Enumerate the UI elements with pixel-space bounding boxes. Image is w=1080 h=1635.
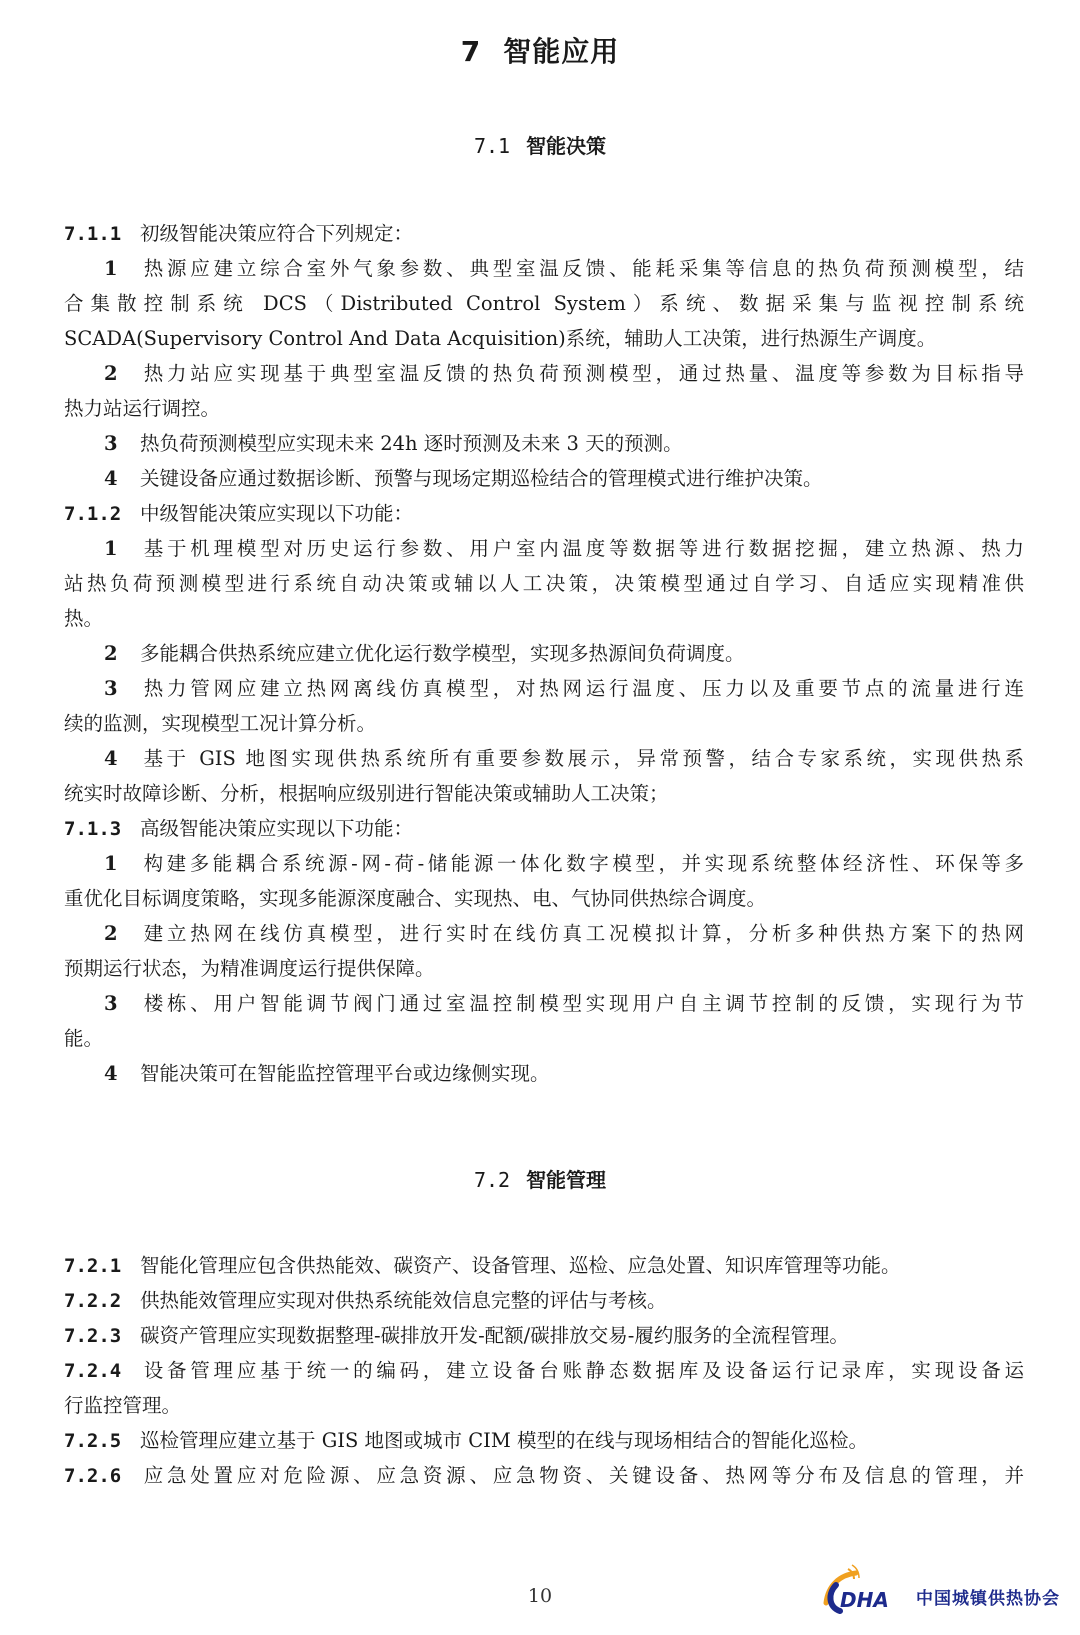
clause-text: 中级智能决策应实现以下功能： — [140, 502, 413, 525]
clause-text: 初级智能决策应符合下列规定： — [140, 222, 413, 245]
item-number: 1 — [104, 846, 140, 881]
clause-7-2-1: 7.2.1智能化管理应包含供热能效、碳资产、设备管理、巡检、应急处置、知识库管理… — [64, 1248, 1024, 1283]
clause-number: 7.2.6 — [64, 1459, 140, 1493]
item-line: 1构建多能耦合系统源-网-荷-储能源一体化数字模型，并实现系统整体经济性、环保等… — [64, 846, 1024, 881]
item-text: 热力管网应建立热网离线仿真模型，对热网运行温度、压力以及重要节点的流量进行连 — [140, 677, 1024, 700]
item-text: 站热负荷预测模型进行系统自动决策或辅以人工决策，决策模型通过自学习、自适应实现精… — [64, 572, 1024, 595]
item-number: 3 — [104, 426, 140, 461]
section-number: 7.2 — [474, 1168, 510, 1192]
section-7-1-body: 7.1.1初级智能决策应符合下列规定： 1热源应建立综合室外气象参数、典型室温反… — [64, 216, 1024, 1091]
item-text: 楼栋、用户智能调节阀门通过室温控制模型实现用户自主调节控制的反馈，实现行为节 — [140, 992, 1024, 1015]
clause-number: 7.2.5 — [64, 1424, 140, 1458]
item-line: 1热源应建立综合室外气象参数、典型室温反馈、能耗采集等信息的热负荷预测模型，结 — [64, 251, 1024, 286]
item-text: 热负荷预测模型应实现未来 24h 逐时预测及未来 3 天的预测。 — [140, 432, 683, 455]
clause-7-1-3: 7.1.3高级智能决策应实现以下功能： — [64, 811, 1024, 846]
item-line: 1基于机理模型对历史运行参数、用户室内温度等数据等进行数据挖掘，建立热源、热力 — [64, 531, 1024, 566]
item-number: 3 — [104, 986, 140, 1021]
chapter-number: 7 — [461, 35, 481, 68]
clause-7-2-3: 7.2.3碳资产管理应实现数据整理-碳排放开发-配额/碳排放交易-履约服务的全流… — [64, 1318, 1024, 1353]
org-name: 中国城镇供热协会 — [916, 1584, 1060, 1609]
chapter-title: 7智能应用 — [0, 30, 1080, 70]
item-line: 4智能决策可在智能监控管理平台或边缘侧实现。 — [64, 1056, 1024, 1091]
item-text: 构建多能耦合系统源-网-荷-储能源一体化数字模型，并实现系统整体经济性、环保等多 — [140, 852, 1024, 875]
item-number: 1 — [104, 251, 140, 286]
item-number: 3 — [104, 671, 140, 706]
clause-number: 7.1.1 — [64, 217, 140, 251]
item-number: 4 — [104, 1056, 140, 1091]
item-line: 统实时故障诊断、分析，根据响应级别进行智能决策或辅助人工决策； — [64, 776, 1024, 811]
clause-text: 设备管理应基于统一的编码，建立设备台账静态数据库及设备运行记录库，实现设备运 — [140, 1359, 1024, 1382]
item-number: 2 — [104, 636, 140, 671]
clause-7-2-2: 7.2.2供热能效管理应实现对供热系统能效信息完整的评估与考核。 — [64, 1283, 1024, 1318]
item-text: 建立热网在线仿真模型，进行实时在线仿真工况模拟计算，分析多种供热方案下的热网 — [140, 922, 1024, 945]
clause-text: 行监控管理。 — [64, 1394, 181, 1417]
item-line: 2热力站应实现基于典型室温反馈的热负荷预测模型，通过热量、温度等参数为目标指导 — [64, 356, 1024, 391]
item-text: 智能决策可在智能监控管理平台或边缘侧实现。 — [140, 1062, 550, 1085]
section-title-text: 智能决策 — [526, 134, 606, 158]
item-line: 4关键设备应通过数据诊断、预警与现场定期巡检结合的管理模式进行维护决策。 — [64, 461, 1024, 496]
section-title-text: 智能管理 — [526, 1168, 606, 1192]
item-line: SCADA(Supervisory Control And Data Acqui… — [64, 321, 1024, 356]
item-text: 合集散控制系统 DCS（Distributed Control System）系… — [64, 292, 1024, 315]
item-text: 关键设备应通过数据诊断、预警与现场定期巡检结合的管理模式进行维护决策。 — [140, 467, 823, 490]
clause-text: 供热能效管理应实现对供热系统能效信息完整的评估与考核。 — [140, 1289, 667, 1312]
clause-number: 7.2.1 — [64, 1249, 140, 1283]
item-text: 热。 — [64, 607, 103, 630]
clause-number: 7.1.3 — [64, 812, 140, 846]
item-text: 统实时故障诊断、分析，根据响应级别进行智能决策或辅助人工决策； — [64, 782, 669, 805]
clause-7-2-4: 7.2.4设备管理应基于统一的编码，建立设备台账静态数据库及设备运行记录库，实现… — [64, 1353, 1024, 1388]
clause-text: 应急处置应对危险源、应急资源、应急物资、关键设备、热网等分布及信息的管理，并 — [140, 1464, 1024, 1487]
item-line: 3热负荷预测模型应实现未来 24h 逐时预测及未来 3 天的预测。 — [64, 426, 1024, 461]
item-text: 多能耦合供热系统应建立优化运行数学模型，实现多热源间负荷调度。 — [140, 642, 745, 665]
item-line: 续的监测，实现模型工况计算分析。 — [64, 706, 1024, 741]
clause-line: 行监控管理。 — [64, 1388, 1024, 1423]
item-number: 2 — [104, 916, 140, 951]
clause-number: 7.2.4 — [64, 1354, 140, 1388]
section-title-7-1: 7.1智能决策 — [0, 130, 1080, 159]
clause-text: 高级智能决策应实现以下功能： — [140, 817, 413, 840]
section-number: 7.1 — [474, 134, 510, 158]
clause-7-1-2: 7.1.2中级智能决策应实现以下功能： — [64, 496, 1024, 531]
item-text: 预期运行状态，为精准调度运行提供保障。 — [64, 957, 435, 980]
clause-number: 7.1.2 — [64, 497, 140, 531]
item-text: 重优化目标调度策略，实现多能源深度融合、实现热、电、气协同供热综合调度。 — [64, 887, 766, 910]
item-number: 4 — [104, 461, 140, 496]
dha-logo-icon: DHA — [822, 1563, 910, 1615]
clause-7-2-6: 7.2.6应急处置应对危险源、应急资源、应急物资、关键设备、热网等分布及信息的管… — [64, 1458, 1024, 1493]
clause-number: 7.2.2 — [64, 1284, 140, 1318]
item-text: SCADA(Supervisory Control And Data Acqui… — [64, 327, 936, 350]
item-line: 合集散控制系统 DCS（Distributed Control System）系… — [64, 286, 1024, 321]
item-line: 4基于 GIS 地图实现供热系统所有重要参数展示，异常预警，结合专家系统，实现供… — [64, 741, 1024, 776]
item-text: 热力站应实现基于典型室温反馈的热负荷预测模型，通过热量、温度等参数为目标指导 — [140, 362, 1024, 385]
item-number: 4 — [104, 741, 140, 776]
item-text: 能。 — [64, 1027, 103, 1050]
item-text: 基于 GIS 地图实现供热系统所有重要参数展示，异常预警，结合专家系统，实现供热… — [140, 747, 1024, 770]
item-line: 3热力管网应建立热网离线仿真模型，对热网运行温度、压力以及重要节点的流量进行连 — [64, 671, 1024, 706]
item-text: 续的监测，实现模型工况计算分析。 — [64, 712, 376, 735]
clause-number: 7.2.3 — [64, 1319, 140, 1353]
item-text: 热源应建立综合室外气象参数、典型室温反馈、能耗采集等信息的热负荷预测模型，结 — [140, 257, 1024, 280]
item-number: 1 — [104, 531, 140, 566]
item-line: 能。 — [64, 1021, 1024, 1056]
item-line: 3楼栋、用户智能调节阀门通过室温控制模型实现用户自主调节控制的反馈，实现行为节 — [64, 986, 1024, 1021]
org-logo: DHA 中国城镇供热协会 — [822, 1563, 1072, 1615]
clause-7-2-5: 7.2.5巡检管理应建立基于 GIS 地图或城市 CIM 模型的在线与现场相结合… — [64, 1423, 1024, 1458]
item-line: 热。 — [64, 601, 1024, 636]
svg-text:DHA: DHA — [840, 1588, 889, 1612]
clause-text: 智能化管理应包含供热能效、碳资产、设备管理、巡检、应急处置、知识库管理等功能。 — [140, 1254, 901, 1277]
item-line: 站热负荷预测模型进行系统自动决策或辅以人工决策，决策模型通过自学习、自适应实现精… — [64, 566, 1024, 601]
section-title-7-2: 7.2智能管理 — [0, 1164, 1080, 1193]
item-line: 预期运行状态，为精准调度运行提供保障。 — [64, 951, 1024, 986]
item-line: 重优化目标调度策略，实现多能源深度融合、实现热、电、气协同供热综合调度。 — [64, 881, 1024, 916]
clause-text: 碳资产管理应实现数据整理-碳排放开发-配额/碳排放交易-履约服务的全流程管理。 — [140, 1324, 849, 1347]
item-text: 基于机理模型对历史运行参数、用户室内温度等数据等进行数据挖掘，建立热源、热力 — [140, 537, 1024, 560]
item-line: 2多能耦合供热系统应建立优化运行数学模型，实现多热源间负荷调度。 — [64, 636, 1024, 671]
clause-text: 巡检管理应建立基于 GIS 地图或城市 CIM 模型的在线与现场相结合的智能化巡… — [140, 1429, 868, 1452]
clause-7-1-1: 7.1.1初级智能决策应符合下列规定： — [64, 216, 1024, 251]
item-number: 2 — [104, 356, 140, 391]
item-line: 热力站运行调控。 — [64, 391, 1024, 426]
item-line: 2建立热网在线仿真模型，进行实时在线仿真工况模拟计算，分析多种供热方案下的热网 — [64, 916, 1024, 951]
chapter-title-text: 智能应用 — [503, 35, 619, 68]
document-page: 7智能应用 7.1智能决策 7.1.1初级智能决策应符合下列规定： 1热源应建立… — [0, 0, 1080, 1635]
section-7-2-body: 7.2.1智能化管理应包含供热能效、碳资产、设备管理、巡检、应急处置、知识库管理… — [64, 1248, 1024, 1493]
item-text: 热力站运行调控。 — [64, 397, 220, 420]
